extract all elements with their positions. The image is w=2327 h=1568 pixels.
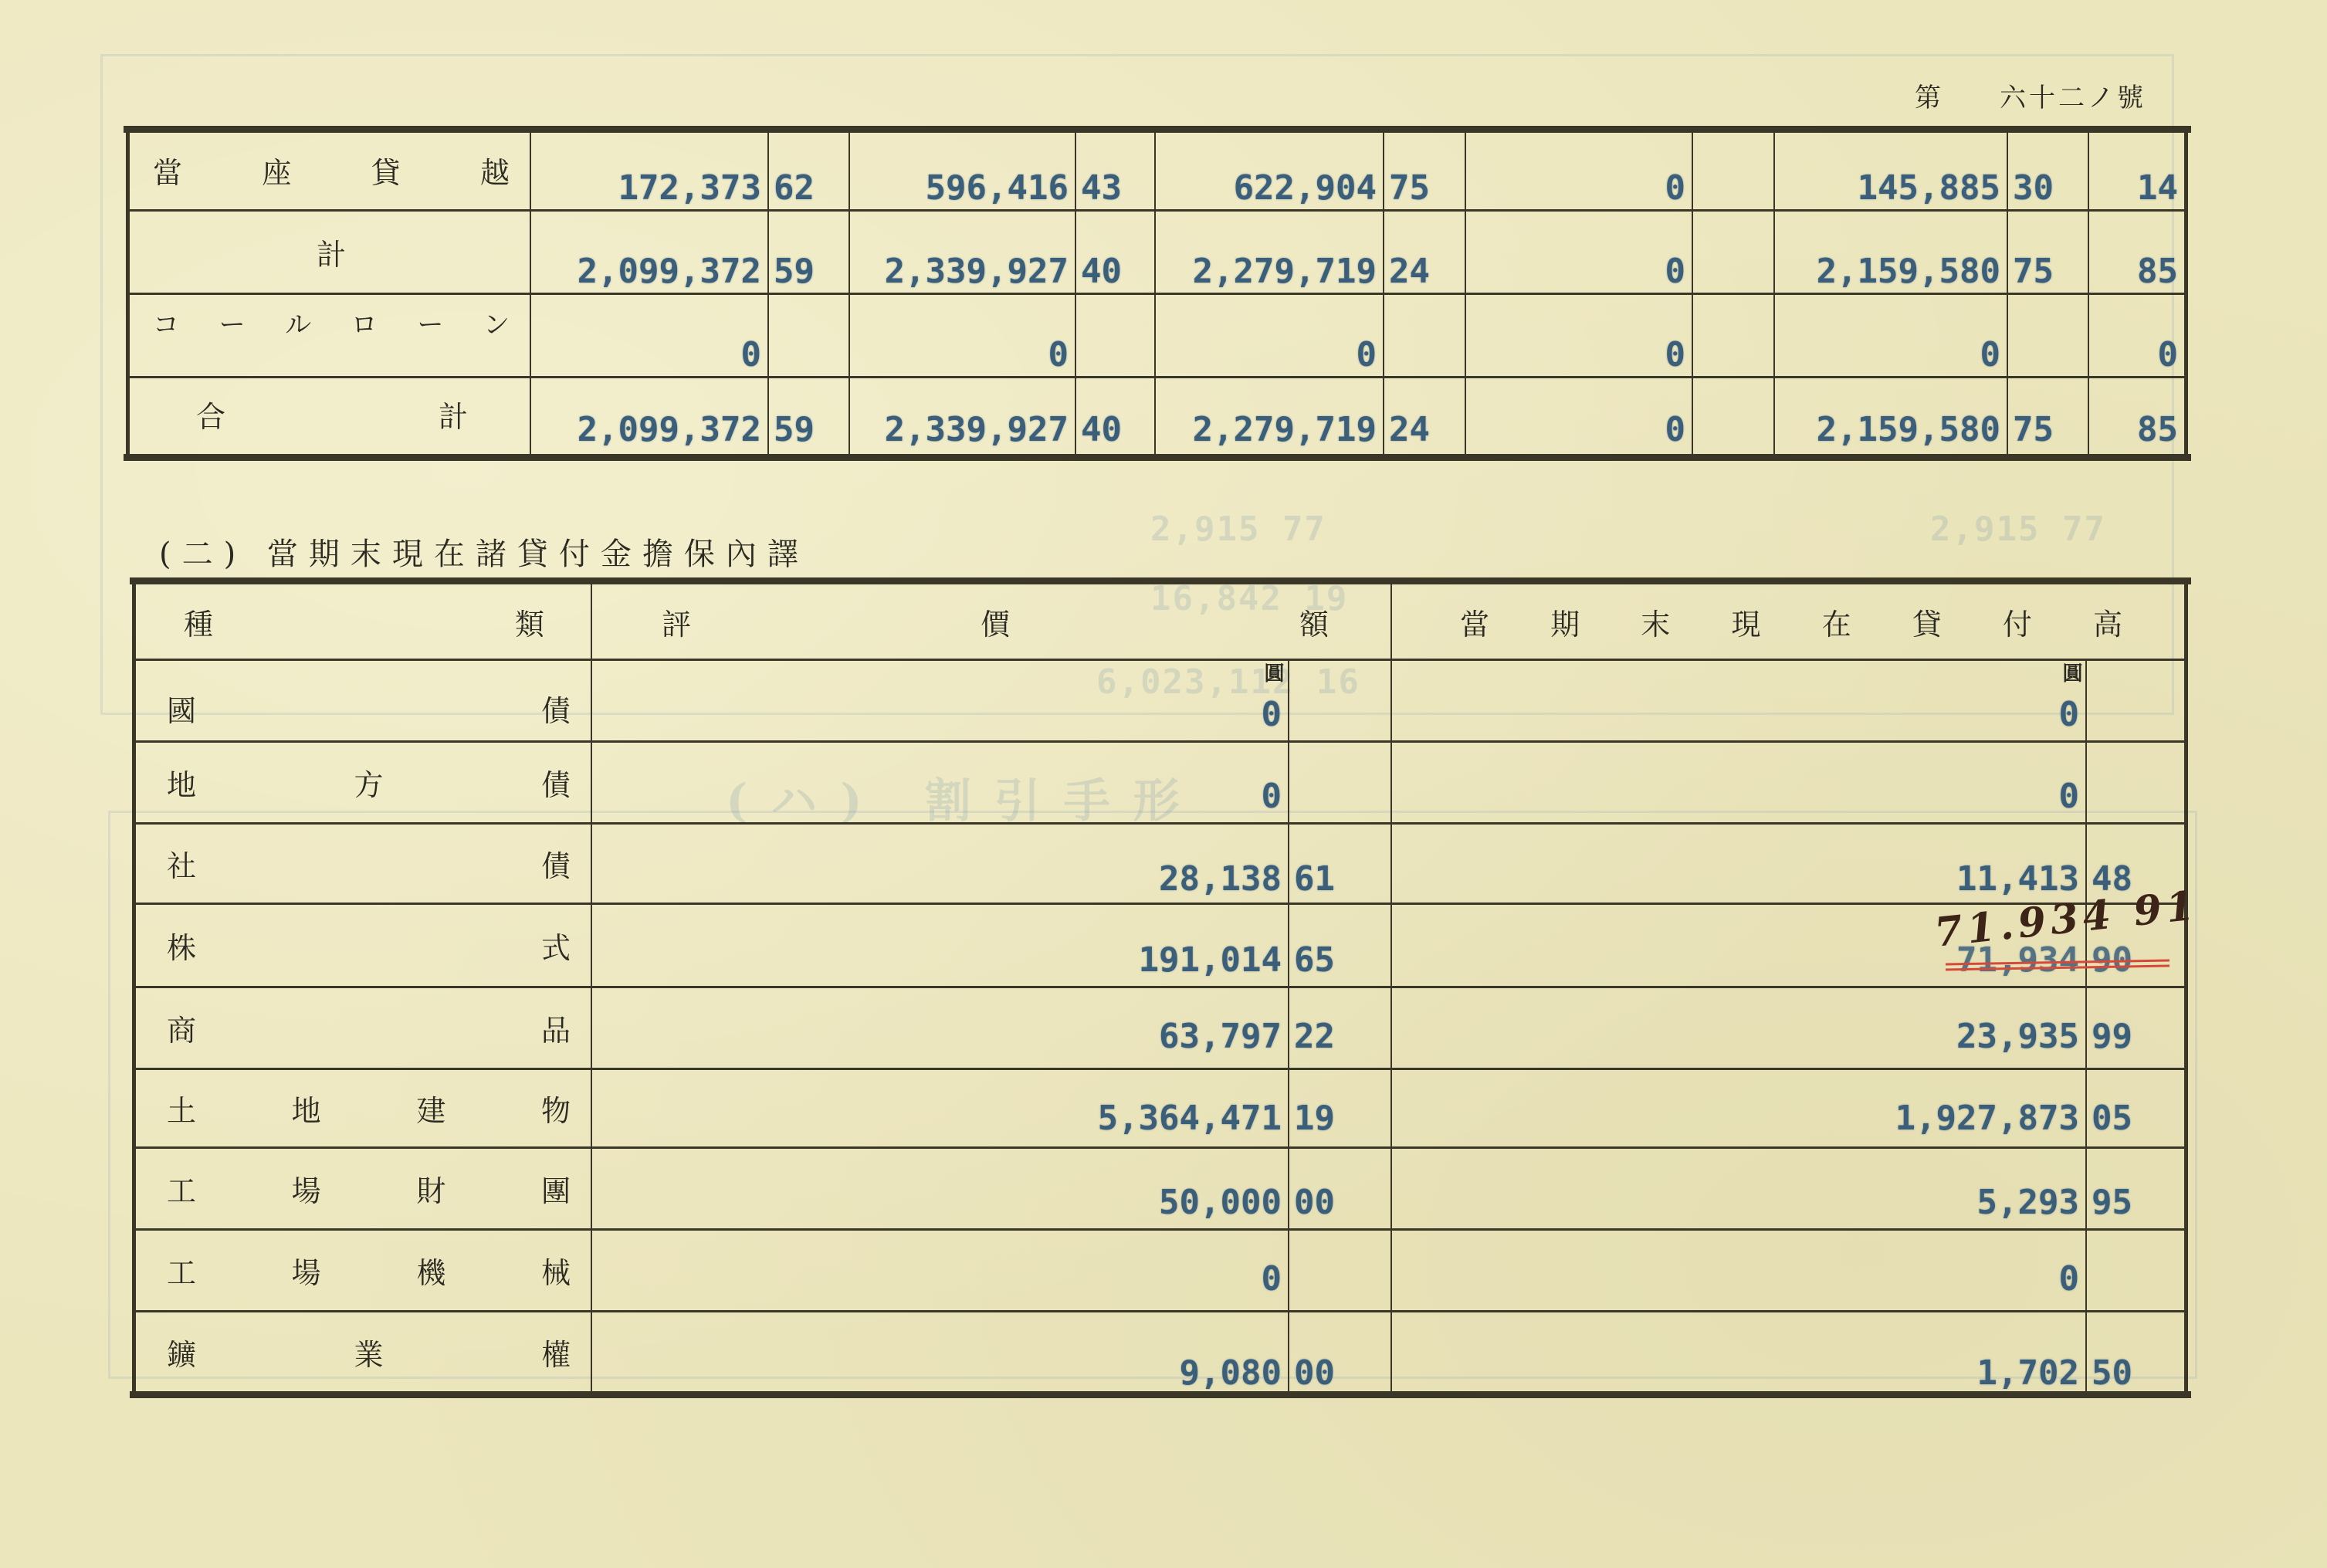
decimal-cell: 75 [2008, 212, 2088, 297]
header-char: 額 [1299, 601, 1329, 643]
value-cell: 2,099,372 [531, 212, 767, 297]
page-number-prefix: 第 [1915, 76, 1941, 114]
outstanding-dec: 95 [2087, 1149, 2184, 1228]
decimal-cell: 75 [2008, 378, 2088, 455]
header-char: 評 [662, 601, 691, 643]
value-cell: 0 [1466, 212, 1692, 297]
row-label-factory-machinery: 工 場 機 械 [136, 1231, 591, 1310]
outstanding-dec: 05 [2087, 1070, 2184, 1144]
outstanding-int: 0 [1392, 1231, 2085, 1305]
label-char: 越 [480, 149, 510, 191]
row-label-overdraft: 當 座 貸 越 [130, 133, 530, 207]
valuation-int: 63,797 [592, 988, 1288, 1062]
page-number-value: 六十二ノ號 [2000, 76, 2146, 114]
label-char: 土 [167, 1087, 196, 1129]
header-char: 種 [184, 601, 213, 643]
decimal-cell: 59 [769, 378, 848, 455]
row-label-land-buildings: 土 地 建 物 [136, 1070, 591, 1146]
value-cell: 596,416 [850, 133, 1075, 214]
value-cell: 0 [1466, 295, 1692, 381]
label-char: 場 [292, 1167, 321, 1210]
label-char: 商 [167, 1007, 196, 1049]
value-cell: 14 [2089, 133, 2184, 214]
label-char: 座 [262, 149, 291, 191]
value-cell: 622,904 [1156, 133, 1383, 214]
row-label-corporate-bonds: 社 債 [136, 825, 591, 903]
label-char: 株 [167, 924, 196, 967]
valuation-int: 5,364,471 [592, 1070, 1288, 1144]
value-cell: 0 [2089, 295, 2184, 381]
label-char: 場 [292, 1249, 321, 1292]
decimal-cell: 24 [1384, 212, 1465, 297]
value-cell: 2,279,719 [1156, 212, 1383, 297]
bleed-through-text: 2,915 77 [1930, 510, 2106, 549]
valuation-int: 0 [592, 661, 1288, 740]
valuation-int: 28,138 [592, 825, 1288, 905]
row-label-subtotal: 計 [130, 212, 530, 293]
label-char: 機 [416, 1249, 445, 1292]
valuation-dec: 22 [1289, 988, 1390, 1062]
valuation-dec: 00 [1289, 1149, 1390, 1228]
value-cell: 85 [2089, 212, 2184, 297]
header-char: 當 [1460, 601, 1489, 643]
header-char: 貸 [1912, 601, 1942, 643]
decimal-cell: 75 [1384, 133, 1465, 214]
decimal-cell: 62 [769, 133, 848, 214]
table-rule-top [130, 577, 2191, 584]
label-char: 貸 [371, 149, 401, 191]
valuation-int: 9,080 [592, 1312, 1288, 1399]
row-label-call-loan: コ ー ル ロ ー ン [130, 295, 530, 349]
row-label-grand-total: 合 計 [130, 378, 530, 449]
value-cell: 2,159,580 [1775, 378, 2007, 455]
label-char: 團 [541, 1167, 571, 1210]
outstanding-int: 0 [1392, 743, 2085, 822]
label-char: 權 [541, 1331, 571, 1373]
decimal-cell: 59 [769, 212, 848, 297]
label-char: 債 [541, 842, 571, 885]
header-char: 高 [2093, 601, 2122, 643]
decimal-cell [1693, 212, 1773, 297]
label-char: 社 [167, 842, 196, 885]
row-label-factory-foundation: 工 場 財 團 [136, 1149, 591, 1228]
label-char: 財 [416, 1167, 445, 1210]
value-cell: 0 [531, 295, 767, 381]
header-valuation: 評 價 額 [592, 584, 1390, 659]
label-char: ー [417, 303, 443, 341]
label-char: 物 [541, 1087, 571, 1129]
header-char: 期 [1550, 601, 1580, 643]
label-char: 地 [167, 761, 196, 804]
label-char: 鑛 [167, 1331, 196, 1373]
bleed-through-text: 2,915 77 [1150, 510, 1326, 549]
header-char: 價 [981, 601, 1010, 643]
value-cell: 2,159,580 [1775, 212, 2007, 297]
table-border-right [2184, 130, 2188, 455]
row-label-government-bonds: 國 債 [136, 661, 591, 740]
valuation-int: 50,000 [592, 1149, 1288, 1228]
outstanding-dec: 99 [2087, 988, 2184, 1062]
label-char: 工 [167, 1249, 196, 1292]
outstanding-dec: 50 [2087, 1312, 2184, 1399]
label-char: ロ [351, 303, 378, 341]
label-char: 計 [317, 231, 346, 273]
decimal-cell: 24 [1384, 378, 1465, 455]
value-cell: 2,339,927 [850, 378, 1075, 455]
value-cell: 0 [1775, 295, 2007, 381]
value-cell: 2,279,719 [1156, 378, 1383, 455]
decimal-cell: 43 [1076, 133, 1154, 214]
header-type: 種 類 [136, 584, 591, 659]
section-title: (二) 當期末現在諸貸付金擔保內譯 [159, 530, 809, 574]
label-char: 計 [439, 393, 468, 435]
label-char: 債 [541, 687, 571, 730]
value-cell: 2,099,372 [531, 378, 767, 455]
label-char: 建 [416, 1087, 445, 1129]
value-cell: 172,373 [531, 133, 767, 214]
valuation-int: 191,014 [592, 905, 1288, 986]
value-cell: 0 [1466, 133, 1692, 214]
label-char: 債 [541, 761, 571, 804]
header-char: 末 [1641, 601, 1670, 643]
row-label-mining-rights: 鑛 業 權 [136, 1312, 591, 1391]
value-cell: 2,339,927 [850, 212, 1075, 297]
decimal-cell: 40 [1076, 378, 1154, 455]
outstanding-int: 1,702 [1392, 1312, 2085, 1399]
outstanding-int: 23,935 [1392, 988, 2085, 1062]
valuation-dec: 00 [1289, 1312, 1390, 1399]
label-char: 合 [196, 393, 225, 435]
header-char: 現 [1731, 601, 1760, 643]
outstanding-int: 11,413 [1392, 825, 2085, 905]
row-label-municipal-bonds: 地 方 債 [136, 743, 591, 822]
label-char: 品 [541, 1007, 571, 1049]
value-cell: 0 [1466, 378, 1692, 455]
table-rule-top [124, 126, 2191, 133]
label-char: 方 [354, 761, 383, 804]
table-border-right [2184, 581, 2188, 1394]
label-char: 械 [541, 1249, 571, 1292]
label-char: 式 [541, 924, 571, 967]
valuation-dec: 61 [1289, 825, 1390, 905]
row-label-commodities: 商 品 [136, 988, 591, 1068]
header-char: 在 [1822, 601, 1851, 643]
label-char: 地 [292, 1087, 321, 1129]
label-char: コ [153, 303, 179, 341]
value-cell: 145,885 [1775, 133, 2007, 214]
decimal-cell: 40 [1076, 212, 1154, 297]
label-char: ル [285, 303, 311, 341]
header-char: 付 [2003, 601, 2032, 643]
page-number: 第 六十二ノ號 [1915, 76, 2146, 114]
valuation-int: 0 [592, 743, 1288, 822]
label-char: 國 [167, 687, 196, 730]
header-outstanding-balance: 當 期 末 現 在 貸 付 高 [1392, 584, 2184, 659]
value-cell: 0 [1156, 295, 1383, 381]
valuation-dec: 19 [1289, 1070, 1390, 1144]
outstanding-int: 5,293 [1392, 1149, 2085, 1228]
header-char: 類 [515, 601, 544, 643]
decimal-cell: 30 [2008, 133, 2088, 214]
value-cell: 85 [2089, 378, 2184, 455]
outstanding-int: 1,927,873 [1392, 1070, 2085, 1144]
label-char: 當 [153, 149, 182, 191]
valuation-dec: 65 [1289, 905, 1390, 986]
outstanding-int: 0 [1392, 661, 2085, 740]
valuation-int: 0 [592, 1231, 1288, 1305]
row-label-stocks: 株 式 [136, 905, 591, 986]
label-char: ー [219, 303, 246, 341]
label-char: 工 [167, 1167, 196, 1210]
decimal-cell [1693, 133, 1773, 214]
label-char: 業 [354, 1331, 383, 1373]
label-char: ン [483, 303, 510, 341]
value-cell: 0 [850, 295, 1075, 381]
